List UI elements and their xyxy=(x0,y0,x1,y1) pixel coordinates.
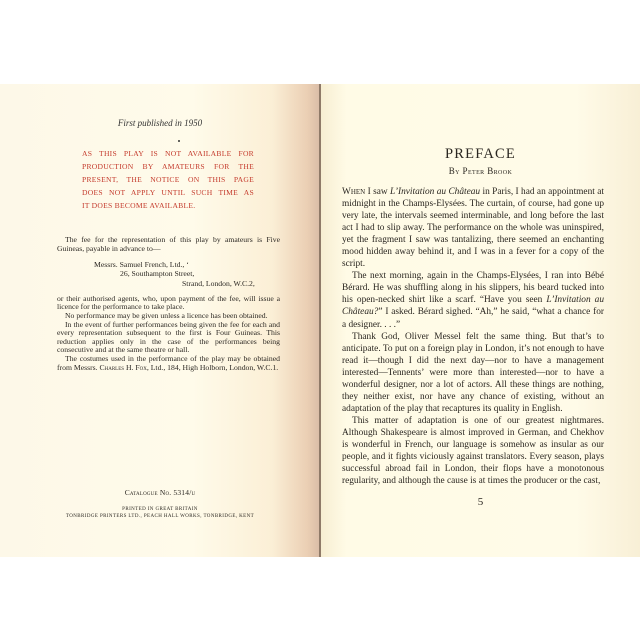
text-run: ” I asked. Bérard sighed. “Ah,” he said,… xyxy=(342,307,604,329)
notice-line: DOES NOT APPLY UNTIL SUCH TIME AS xyxy=(82,186,254,199)
costumes-paragraph: The costumes used in the performance of … xyxy=(57,355,280,372)
paragraph-3: Thank God, Oliver Messel felt the same t… xyxy=(342,331,604,415)
paragraph-2: The next morning, again in the Champs-El… xyxy=(342,270,604,330)
preface-title: PREFACE xyxy=(321,146,640,163)
costumier-name: Charles H. Fox xyxy=(100,363,147,372)
catalogue-number: Catalogue No. 5314/u xyxy=(0,488,320,497)
notice-line: IT DOES BECOME AVAILABLE. xyxy=(82,199,254,212)
notice-line: AS THIS PLAY IS NOT AVAILABLE FOR xyxy=(82,147,254,160)
paragraph-1: When I saw L’Invitation au Château in Pa… xyxy=(342,186,604,270)
agents-paragraph: or their authorised agents, who, upon pa… xyxy=(57,295,280,312)
paragraph-4: This matter of adaptation is one of our … xyxy=(342,415,604,487)
notice-line: PRODUCTION BY AMATEURS FOR THE xyxy=(82,160,254,173)
printed-in-note: Printed in Great Britain xyxy=(0,507,320,512)
further-performances-paragraph: In the event of further performances bei… xyxy=(57,321,280,355)
address-line: Messrs. Samuel French, Ltd., ‘ xyxy=(57,260,280,269)
text-run: in Paris, I had an appointment at midnig… xyxy=(342,187,604,269)
play-title: L’Invitation au Château xyxy=(390,187,480,197)
drop-word: When xyxy=(342,187,365,197)
address-line: Strand, London, W.C.2, xyxy=(57,279,280,288)
text-run: I saw xyxy=(365,187,390,197)
page-number: 5 xyxy=(321,496,640,508)
first-published-note: First published in 1950 xyxy=(0,118,320,128)
amateur-notice: AS THIS PLAY IS NOT AVAILABLE FOR PRODUC… xyxy=(82,147,254,212)
publisher-address: Messrs. Samuel French, Ltd., ‘ 26, South… xyxy=(57,260,280,288)
printers-imprint: Tonbridge Printers Ltd., Peach Hall Work… xyxy=(0,514,320,519)
preface-byline: By Peter Brook xyxy=(321,166,640,176)
address-line: 26, Southampton Street, xyxy=(57,269,280,278)
costumes-address: , Ltd., 184, High Holborn, London, W.C.1… xyxy=(147,363,278,372)
left-page: First published in 1950 AS THIS PLAY IS … xyxy=(0,84,320,557)
book-spread: First published in 1950 AS THIS PLAY IS … xyxy=(0,84,640,557)
fee-intro: The fee for the representation of this p… xyxy=(57,236,280,253)
fee-information: The fee for the representation of this p… xyxy=(57,236,280,372)
ornament-dot xyxy=(178,140,180,142)
preface-body: When I saw L’Invitation au Château in Pa… xyxy=(342,186,604,487)
notice-line: PRESENT, THE NOTICE ON THIS PAGE xyxy=(82,173,254,186)
